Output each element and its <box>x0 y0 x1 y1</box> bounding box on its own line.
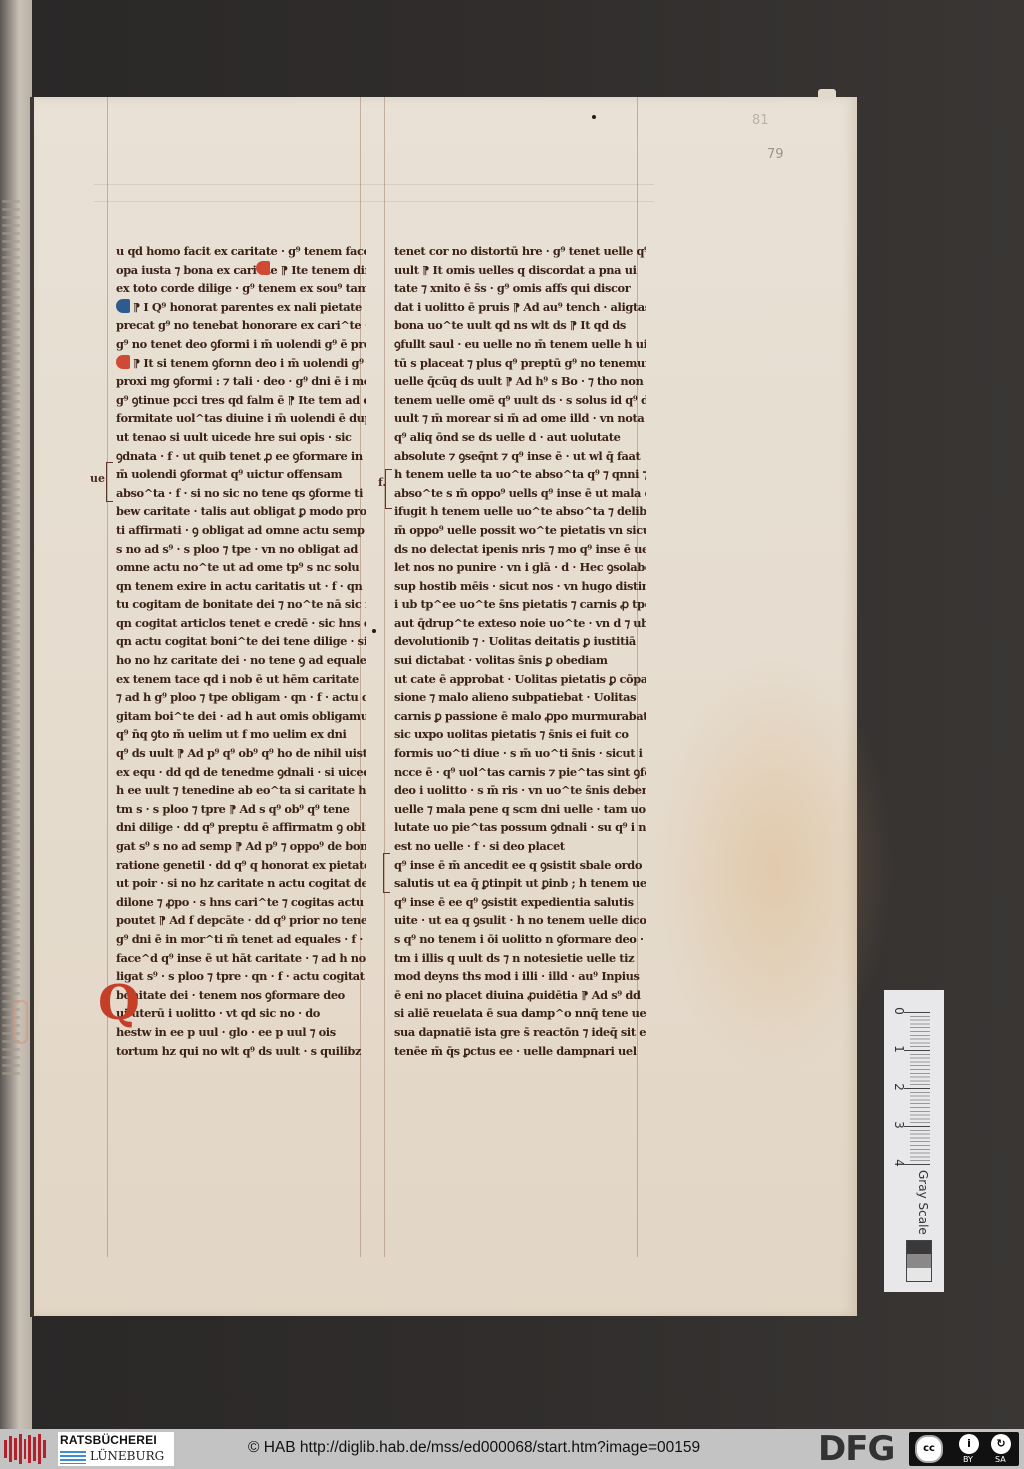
dfg-logo[interactable]: DFG <box>818 1432 894 1466</box>
text-line: tenet cor no distortū hre · g⁹ tenet uel… <box>394 242 646 261</box>
text-line: sua dapnatiē ista gre s̄ reactōn ⁊ ideq̄… <box>394 1023 646 1042</box>
folio-number: 79 <box>767 147 784 162</box>
text-line: tm i illis q uult ds ⁊ n notesietie uell… <box>394 949 646 968</box>
text-line: q⁹ n̄q ꝯto m̄ uelim ut f mo uelim ex dni <box>116 725 366 744</box>
manuscript-page: 81 79 ue f. u qd homo facit ex caritate … <box>34 97 857 1316</box>
text-line: q⁹ inse ē m̄ ancedit ee q ꝯsistit sbale … <box>394 856 646 875</box>
text-line: ē eni no placet diuina ꝓuidētia ⁋ Ad s⁹ … <box>394 986 646 1005</box>
text-line: ut cate ē approbat · Uolitas pietatis ꝑ … <box>394 670 646 689</box>
text-column-right: tenet cor no distortū hre · g⁹ tenet uel… <box>394 242 646 1062</box>
text-line: h tenem uelle ta uo^te abso^ta q⁹ ⁊ qnni… <box>394 465 646 484</box>
cc-by-sa-license-badge[interactable]: cc i ↻ BY SA <box>909 1432 1019 1466</box>
text-line: let nos no punire · vn i glā · d · Hec ꝯ… <box>394 558 646 577</box>
text-line: bonitate dei · tenem nos ꝯformare deo <box>116 986 366 1005</box>
ruler-major-tick <box>904 1164 930 1165</box>
paragraph-mark-red <box>116 355 130 369</box>
text-line: bew caritate · talis aut obligat ꝑ modo … <box>116 502 366 521</box>
paragraph-mark-blue <box>116 299 130 313</box>
text-line: uult ⁋ It omis uelles q discordat a pna … <box>394 261 646 280</box>
logo-line-2: LÜNEBURG <box>90 1449 164 1463</box>
text-line: m̄ oppo⁹ uelle possit wo^te pietatis vn … <box>394 521 646 540</box>
swatch-light <box>907 1268 931 1281</box>
text-bracket <box>383 853 390 893</box>
text-line: tate ⁊ xnito ē s̄s · g⁹ omis affs qui di… <box>394 279 646 298</box>
text-line: ex equ · dd qd de tenedme ꝯdnali · si ui… <box>116 763 366 782</box>
text-line: dat i uolitto ē pruis ⁋ Ad au⁹ tench · a… <box>394 298 646 317</box>
text-line: s q⁹ no tenem i ōi uolitto n ꝯformare de… <box>394 930 646 949</box>
text-line: absolute ⁊ ꝯseq̄nt ⁊ q⁹ inse ē · ut wl q… <box>394 447 646 466</box>
text-line: ⁋ I Q⁹ honorat parentes ex nali pietate … <box>116 298 366 317</box>
text-line: tenēe m̄ q̄s ꝑctus ee · uelle dampnari u… <box>394 1042 646 1061</box>
text-line: formis uo^ti diue · s m̄ uo^ti s̄nis · s… <box>394 744 646 763</box>
text-line: ligat s⁹ · s ploo ⁊ tpre · qn · f · actu… <box>116 967 366 986</box>
text-line: qn cogitat articlos tenet e credē · sic … <box>116 614 366 633</box>
text-line: bona uo^te uult qd ns wlt ds ⁋ It qd ds <box>394 316 646 335</box>
text-line: hestw in ee p uul · glo · ee p uul ⁊ ois <box>116 1023 366 1042</box>
text-line: h ee uult ⁊ tenedine ab eo^ta si caritat… <box>116 781 366 800</box>
text-line: ut poir · si no hz caritate n actu cogit… <box>116 874 366 893</box>
text-line: ncce ē · q⁹ uol^tas carnis ⁊ pie^tas sin… <box>394 763 646 782</box>
text-line: uelle q̄cūq ds uult ⁋ Ad h⁹ s Bo · ⁊ tho… <box>394 372 646 391</box>
text-line: g⁹ dni ē in mor^ti m̄ tenet ad equales ·… <box>116 930 366 949</box>
margin-note-left: ue <box>90 472 105 485</box>
gray-scale-label: Gray Scale <box>916 1170 930 1235</box>
footer-bar: RATSBÜCHEREI LÜNEBURG © HAB http://digli… <box>0 1429 1024 1469</box>
ruler-major-tick <box>904 1088 930 1089</box>
text-line: ifugit h tenem uelle uo^te abso^ta ⁊ del… <box>394 502 646 521</box>
text-line: proxi mg ꝯformi : ⁊ tali · deo · g⁹ dni … <box>116 372 366 391</box>
text-line: poutet ⁋ Ad f depcāte · dd q⁹ prior no t… <box>116 911 366 930</box>
text-line: devolutionib ⁊ · Uolitas deitatis ꝑ iust… <box>394 632 646 651</box>
text-bracket <box>106 462 113 502</box>
text-line: omne actu no^te ut ad ome tp⁹ s nc solu <box>116 558 366 577</box>
ruler-major-tick <box>904 1050 930 1051</box>
text-line: abso^te s m̄ oppo⁹ uells q⁹ inse ē ut ma… <box>394 484 646 503</box>
logo-line-1: RATSBÜCHEREI <box>60 1433 157 1447</box>
text-line: aut q̄drup^te exteso noie uo^te · vn d ⁊… <box>394 614 646 633</box>
sa-label: SA <box>995 1455 1006 1464</box>
text-line: mod deyns ths mod i illi · illd · au⁹ In… <box>394 967 646 986</box>
text-line: sic uxpo uolitas pietatis ⁊ s̄nis ei fui… <box>394 725 646 744</box>
text-line: uite · ut ea q ꝯsulit · h no tenem uelle… <box>394 911 646 930</box>
text-line: est no uelle · f · si deo placet <box>394 837 646 856</box>
by-label: BY <box>963 1455 973 1464</box>
text-line: si aliē reuelata ē sua damp^o nnq̄ tene … <box>394 1004 646 1023</box>
swatch-mid <box>907 1254 931 1267</box>
ruler-number: 3 <box>892 1118 906 1132</box>
ruler-number: 2 <box>892 1080 906 1094</box>
text-line: gat s⁹ s no ad semp ⁋ Ad p⁹ ⁊ oppo⁹ de b… <box>116 837 366 856</box>
text-line: tortum hz qui no wlt q⁹ ds uult · s quil… <box>116 1042 366 1061</box>
cc-icon: cc <box>915 1435 943 1463</box>
text-line: abso^ta · f · si no sic no tene qs ꝯform… <box>116 484 366 503</box>
previous-page-initial-fragment <box>14 1000 28 1044</box>
text-bracket <box>385 469 392 509</box>
ruler-number: 0 <box>892 1004 906 1018</box>
swatch-dark <box>907 1241 931 1254</box>
text-line: uult ⁊ m̄ morear si m̄ ad ome illd · vn … <box>394 409 646 428</box>
book-waves-icon <box>60 1451 86 1464</box>
folio-number-old: 81 <box>752 113 769 128</box>
text-line: ut tenao si uult uicede hre sui opis · s… <box>116 428 366 447</box>
text-line: g⁹ no tenet deo ꝯformi i m̄ uolendi g⁹ ē… <box>116 335 366 354</box>
text-line: ui uterū i uolitto · vt qd sic no · do <box>116 1004 366 1023</box>
text-line: precat g⁹ no tenebat honorare ex cari^te… <box>116 316 366 335</box>
decorated-initial-q: Q <box>98 979 140 1027</box>
ruling-top-2 <box>94 201 654 202</box>
text-line: u qd homo facit ex caritate · g⁹ tenem f… <box>116 242 366 261</box>
text-line: ho no hz caritate dei · no tene ꝯ ad equ… <box>116 651 366 670</box>
text-line: gitam boi^te dei · ad h aut omis obligam… <box>116 707 366 726</box>
text-line: q⁹ ds uult ⁋ Ad p⁹ q⁹ ob⁹ q⁹ ho de nihil… <box>116 744 366 763</box>
text-line: tenem uelle omē q⁹ uult ds · s solus id … <box>394 391 646 410</box>
text-line: ratione genetil · dd q⁹ q honorat ex pie… <box>116 856 366 875</box>
ruling-left-outer <box>107 97 108 1257</box>
previous-page-edge <box>0 0 32 1429</box>
share-alike-icon: ↻ <box>991 1434 1011 1454</box>
text-line: q⁹ aliq ōnd se ds uelle d · aut uolutate <box>394 428 646 447</box>
text-line: qn tenem exire in actu caritatis ut · f … <box>116 577 366 596</box>
copyright-url-link[interactable]: © HAB http://diglib.hab.de/mss/ed000068/… <box>248 1439 700 1457</box>
text-line: g⁹ ꝯtinue pcci tres qd falm ē ⁋ Ite tem … <box>116 391 366 410</box>
previous-page-text-fragment <box>2 200 20 1080</box>
text-line: tū s placeat ⁊ plus q⁹ preptū g⁹ no tene… <box>394 354 646 373</box>
text-line: q⁹ inse ē ee q⁹ ꝯsistit expedientia salu… <box>394 893 646 912</box>
text-line: tm s · s ploo ⁊ tpre ⁋ Ad s q⁹ ob⁹ q⁹ te… <box>116 800 366 819</box>
text-column-left: u qd homo facit ex caritate · g⁹ tenem f… <box>116 242 366 1072</box>
text-line: i ub tp^ee uo^te s̄ns pietatis ⁊ carnis … <box>394 595 646 614</box>
water-stain <box>654 657 894 1077</box>
ruling-col2-left <box>384 97 385 1257</box>
text-line: ⁊ ad h g⁹ ploo ⁊ tpe obligam · qn · f · … <box>116 688 366 707</box>
ruler-number: 4 <box>892 1156 906 1170</box>
text-line: tu cogitam de bonitate dei ⁊ no^te nā si… <box>116 595 366 614</box>
text-line: dni dilige · dd q⁹ preptu ē affirmatm ꝯ … <box>116 818 366 837</box>
text-line: dilone ⁊ ꝓpo · s hns cari^te ⁊ cogitas a… <box>116 893 366 912</box>
text-line: opa iusta ⁊ bona ex cari^te ⁋ Ite tenem … <box>116 261 366 280</box>
gray-scale-ruler-card: 0 1 2 3 4 Gray Scale <box>884 990 944 1292</box>
text-line: sione ⁊ malo alieno subpatiebat · Uolita… <box>394 688 646 707</box>
text-line: ds no delectat ipenis nris ⁊ mo q⁹ inse … <box>394 540 646 559</box>
text-line: ꝯfullt saul · eu uelle no m̄ tenem uelle… <box>394 335 646 354</box>
text-line: face^d q⁹ inse ē ut hāt caritate · ⁊ ad … <box>116 949 366 968</box>
library-bars-logo-icon <box>4 1433 46 1465</box>
text-line: ex tenem tace qd i nob ē ut hēm caritate <box>116 670 366 689</box>
ratsbuecherei-lueneburg-logo[interactable]: RATSBÜCHEREI LÜNEBURG <box>58 1432 174 1466</box>
ruler-major-tick <box>904 1012 930 1013</box>
text-line: sup hostib mēis · sicut nos · vn hugo di… <box>394 577 646 596</box>
ruling-top <box>94 184 654 185</box>
text-line: ti affirmati · ꝯ obligat ad omne actu se… <box>116 521 366 540</box>
text-line: ex toto corde dilige · g⁹ tenem ex sou⁹ … <box>116 279 366 298</box>
gray-swatches <box>906 1240 932 1282</box>
ruler-major-tick <box>904 1126 930 1127</box>
ruler-number: 1 <box>892 1042 906 1056</box>
text-line: ⁋ It si tenem ꝯfornn deo i m̄ uolendi g⁹… <box>116 354 366 373</box>
attribution-person-icon: i <box>959 1434 979 1454</box>
text-line: qn actu cogitat boni^te dei tene dilige … <box>116 632 366 651</box>
text-line: sui dictabat · volitas s̄nis ꝑ obediam <box>394 651 646 670</box>
text-line: ꝯdnata · f · ut quib tenet ꝓ ee ꝯformare… <box>116 447 366 466</box>
text-line: m̄ uolendi ꝯformat q⁹ uictur offensam <box>116 465 366 484</box>
text-line: lutate uo pie^tas possum ꝯdnali · su q⁹ … <box>394 818 646 837</box>
text-line: formitate uol^tas diuine i m̄ uolendi ē … <box>116 409 366 428</box>
text-line: uelle ⁊ mala pene q scm dni uelle · tam … <box>394 800 646 819</box>
text-line: deo i uolitto · s m̄ ris · vn uo^te s̄ni… <box>394 781 646 800</box>
ink-dot <box>372 629 376 633</box>
text-line: carnis ꝑ passione ē malo ꝓpo murmurabat … <box>394 707 646 726</box>
text-line: s no ad s⁹ · s ploo ⁊ tpe · vn no obliga… <box>116 540 366 559</box>
text-line: salutis ut ea q̄ ꝑtinpit ut ꝑinb ; h ten… <box>394 874 646 893</box>
paragraph-mark-red <box>256 261 270 275</box>
ink-dot <box>592 115 596 119</box>
